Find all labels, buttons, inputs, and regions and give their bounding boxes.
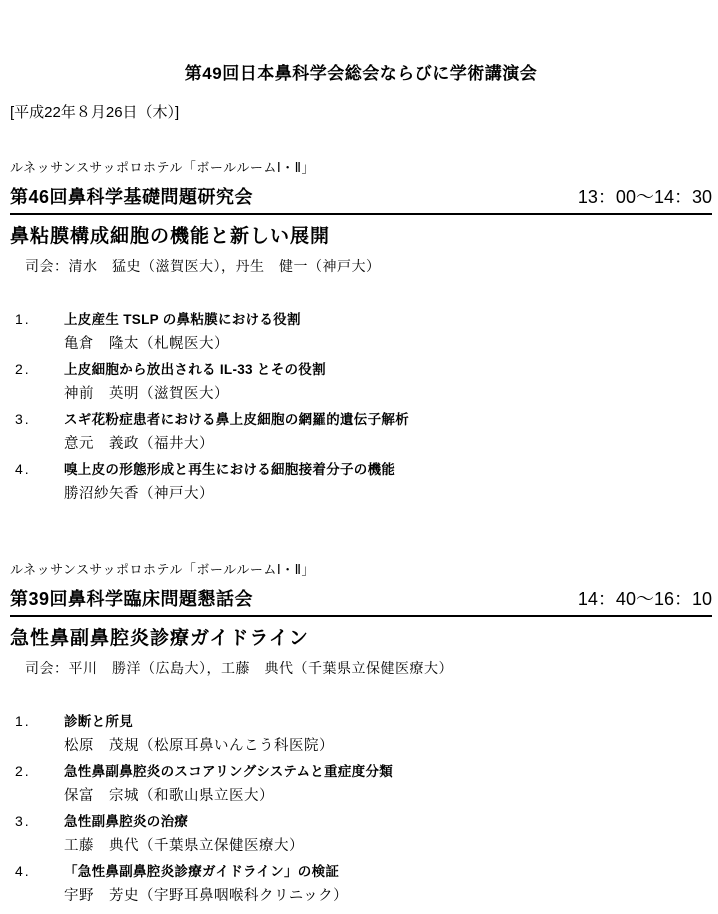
- talk-list: 1. 診断と所見 松原 茂規（松原耳鼻いんこう科医院） 2. 急性鼻副鼻腔炎のス…: [10, 709, 712, 909]
- talk-item: 2. 上皮細胞から放出される IL-33 とその役割 神前 英明（滋賀医大）: [10, 357, 712, 407]
- talk-speaker: 保富 宗城（和歌山県立医大）: [64, 784, 712, 809]
- talk-item: 3. 急性副鼻腔炎の治療 工藤 典代（千葉県立保健医療大）: [10, 809, 712, 859]
- venue-line: ルネッサンスサッポロホテル「ボールルームⅠ・Ⅱ」: [10, 561, 712, 578]
- session-clinical-colloquium: ルネッサンスサッポロホテル「ボールルームⅠ・Ⅱ」 第39回鼻科学臨床問題懇話会 …: [10, 561, 712, 909]
- session-theme: 鼻粘膜構成細胞の機能と新しい展開: [10, 224, 712, 250]
- talk-item: 1. 上皮産生 TSLP の鼻粘膜における役割 亀倉 隆太（札幌医大）: [10, 307, 712, 357]
- talk-title: 急性副鼻腔炎の治療: [64, 809, 188, 834]
- talk-item: 2. 急性鼻副鼻腔炎のスコアリングシステムと重症度分類 保富 宗城（和歌山県立医…: [10, 759, 712, 809]
- talk-item: 3. スギ花粉症患者における鼻上皮細胞の網羅的遺伝子解析 意元 義政（福井大）: [10, 407, 712, 457]
- talk-number: 1.: [10, 307, 64, 332]
- talk-title: 嗅上皮の形態形成と再生における細胞接着分子の機能: [64, 457, 395, 482]
- talk-number: 3.: [10, 809, 64, 834]
- talk-title: 「急性鼻副鼻腔炎診療ガイドライン」の検証: [64, 859, 339, 884]
- talk-list: 1. 上皮産生 TSLP の鼻粘膜における役割 亀倉 隆太（札幌医大） 2. 上…: [10, 307, 712, 507]
- talk-title-row: 4. 「急性鼻副鼻腔炎診療ガイドライン」の検証: [10, 859, 712, 884]
- session-time: 14：40～16：10: [578, 585, 712, 611]
- talk-number: 2.: [10, 759, 64, 784]
- session-time: 13：00～14：30: [578, 183, 712, 209]
- talk-speaker: 意元 義政（福井大）: [64, 432, 712, 457]
- talk-item: 1. 診断と所見 松原 茂規（松原耳鼻いんこう科医院）: [10, 709, 712, 759]
- talk-title-row: 2. 上皮細胞から放出される IL-33 とその役割: [10, 357, 712, 382]
- talk-title-row: 4. 嗅上皮の形態形成と再生における細胞接着分子の機能: [10, 457, 712, 482]
- talk-number: 1.: [10, 709, 64, 734]
- talk-title-row: 1. 上皮産生 TSLP の鼻粘膜における役割: [10, 307, 712, 332]
- talk-title: 上皮産生 TSLP の鼻粘膜における役割: [64, 307, 301, 332]
- session-chairs: 司会：平川 勝洋（広島大），工藤 典代（千葉県立保健医療大）: [25, 659, 712, 678]
- program-page: 第49回日本鼻科学会総会ならびに学術講演会 [平成22年８月26日（木）] ルネ…: [0, 0, 718, 914]
- talk-number: 4.: [10, 457, 64, 482]
- session-basic-research: ルネッサンスサッポロホテル「ボールルームⅠ・Ⅱ」 第46回鼻科学基礎問題研究会 …: [10, 159, 712, 507]
- talk-number: 4.: [10, 859, 64, 884]
- talk-title: 急性鼻副鼻腔炎のスコアリングシステムと重症度分類: [64, 759, 393, 784]
- talk-title: 診断と所見: [64, 709, 133, 734]
- talk-title-row: 1. 診断と所見: [10, 709, 712, 734]
- talk-speaker: 宇野 芳史（宇野耳鼻咽喉科クリニック）: [64, 884, 712, 909]
- session-name: 第46回鼻科学基礎問題研究会: [10, 183, 253, 209]
- talk-title: 上皮細胞から放出される IL-33 とその役割: [64, 357, 326, 382]
- session-theme: 急性鼻副鼻腔炎診療ガイドライン: [10, 626, 712, 652]
- talk-item: 4. 「急性鼻副鼻腔炎診療ガイドライン」の検証 宇野 芳史（宇野耳鼻咽喉科クリニ…: [10, 859, 712, 909]
- talk-speaker: 勝沼紗矢香（神戸大）: [64, 482, 712, 507]
- session-chairs: 司会：清水 猛史（滋賀医大），丹生 健一（神戸大）: [25, 257, 712, 276]
- date-line: [平成22年８月26日（木）]: [10, 103, 712, 123]
- venue-line: ルネッサンスサッポロホテル「ボールルームⅠ・Ⅱ」: [10, 159, 712, 176]
- talk-title: スギ花粉症患者における鼻上皮細胞の網羅的遺伝子解析: [64, 407, 409, 432]
- talk-title-row: 2. 急性鼻副鼻腔炎のスコアリングシステムと重症度分類: [10, 759, 712, 784]
- talk-title-row: 3. スギ花粉症患者における鼻上皮細胞の網羅的遺伝子解析: [10, 407, 712, 432]
- talk-speaker: 工藤 典代（千葉県立保健医療大）: [64, 834, 712, 859]
- talk-number: 2.: [10, 357, 64, 382]
- session-name: 第39回鼻科学臨床問題懇話会: [10, 585, 253, 611]
- talk-speaker: 神前 英明（滋賀医大）: [64, 382, 712, 407]
- page-title: 第49回日本鼻科学会総会ならびに学術講演会: [10, 62, 712, 86]
- talk-speaker: 亀倉 隆太（札幌医大）: [64, 332, 712, 357]
- session-header: 第39回鼻科学臨床問題懇話会 14：40～16：10: [10, 585, 712, 617]
- talk-speaker: 松原 茂規（松原耳鼻いんこう科医院）: [64, 734, 712, 759]
- talk-item: 4. 嗅上皮の形態形成と再生における細胞接着分子の機能 勝沼紗矢香（神戸大）: [10, 457, 712, 507]
- talk-number: 3.: [10, 407, 64, 432]
- session-header: 第46回鼻科学基礎問題研究会 13：00～14：30: [10, 183, 712, 215]
- talk-title-row: 3. 急性副鼻腔炎の治療: [10, 809, 712, 834]
